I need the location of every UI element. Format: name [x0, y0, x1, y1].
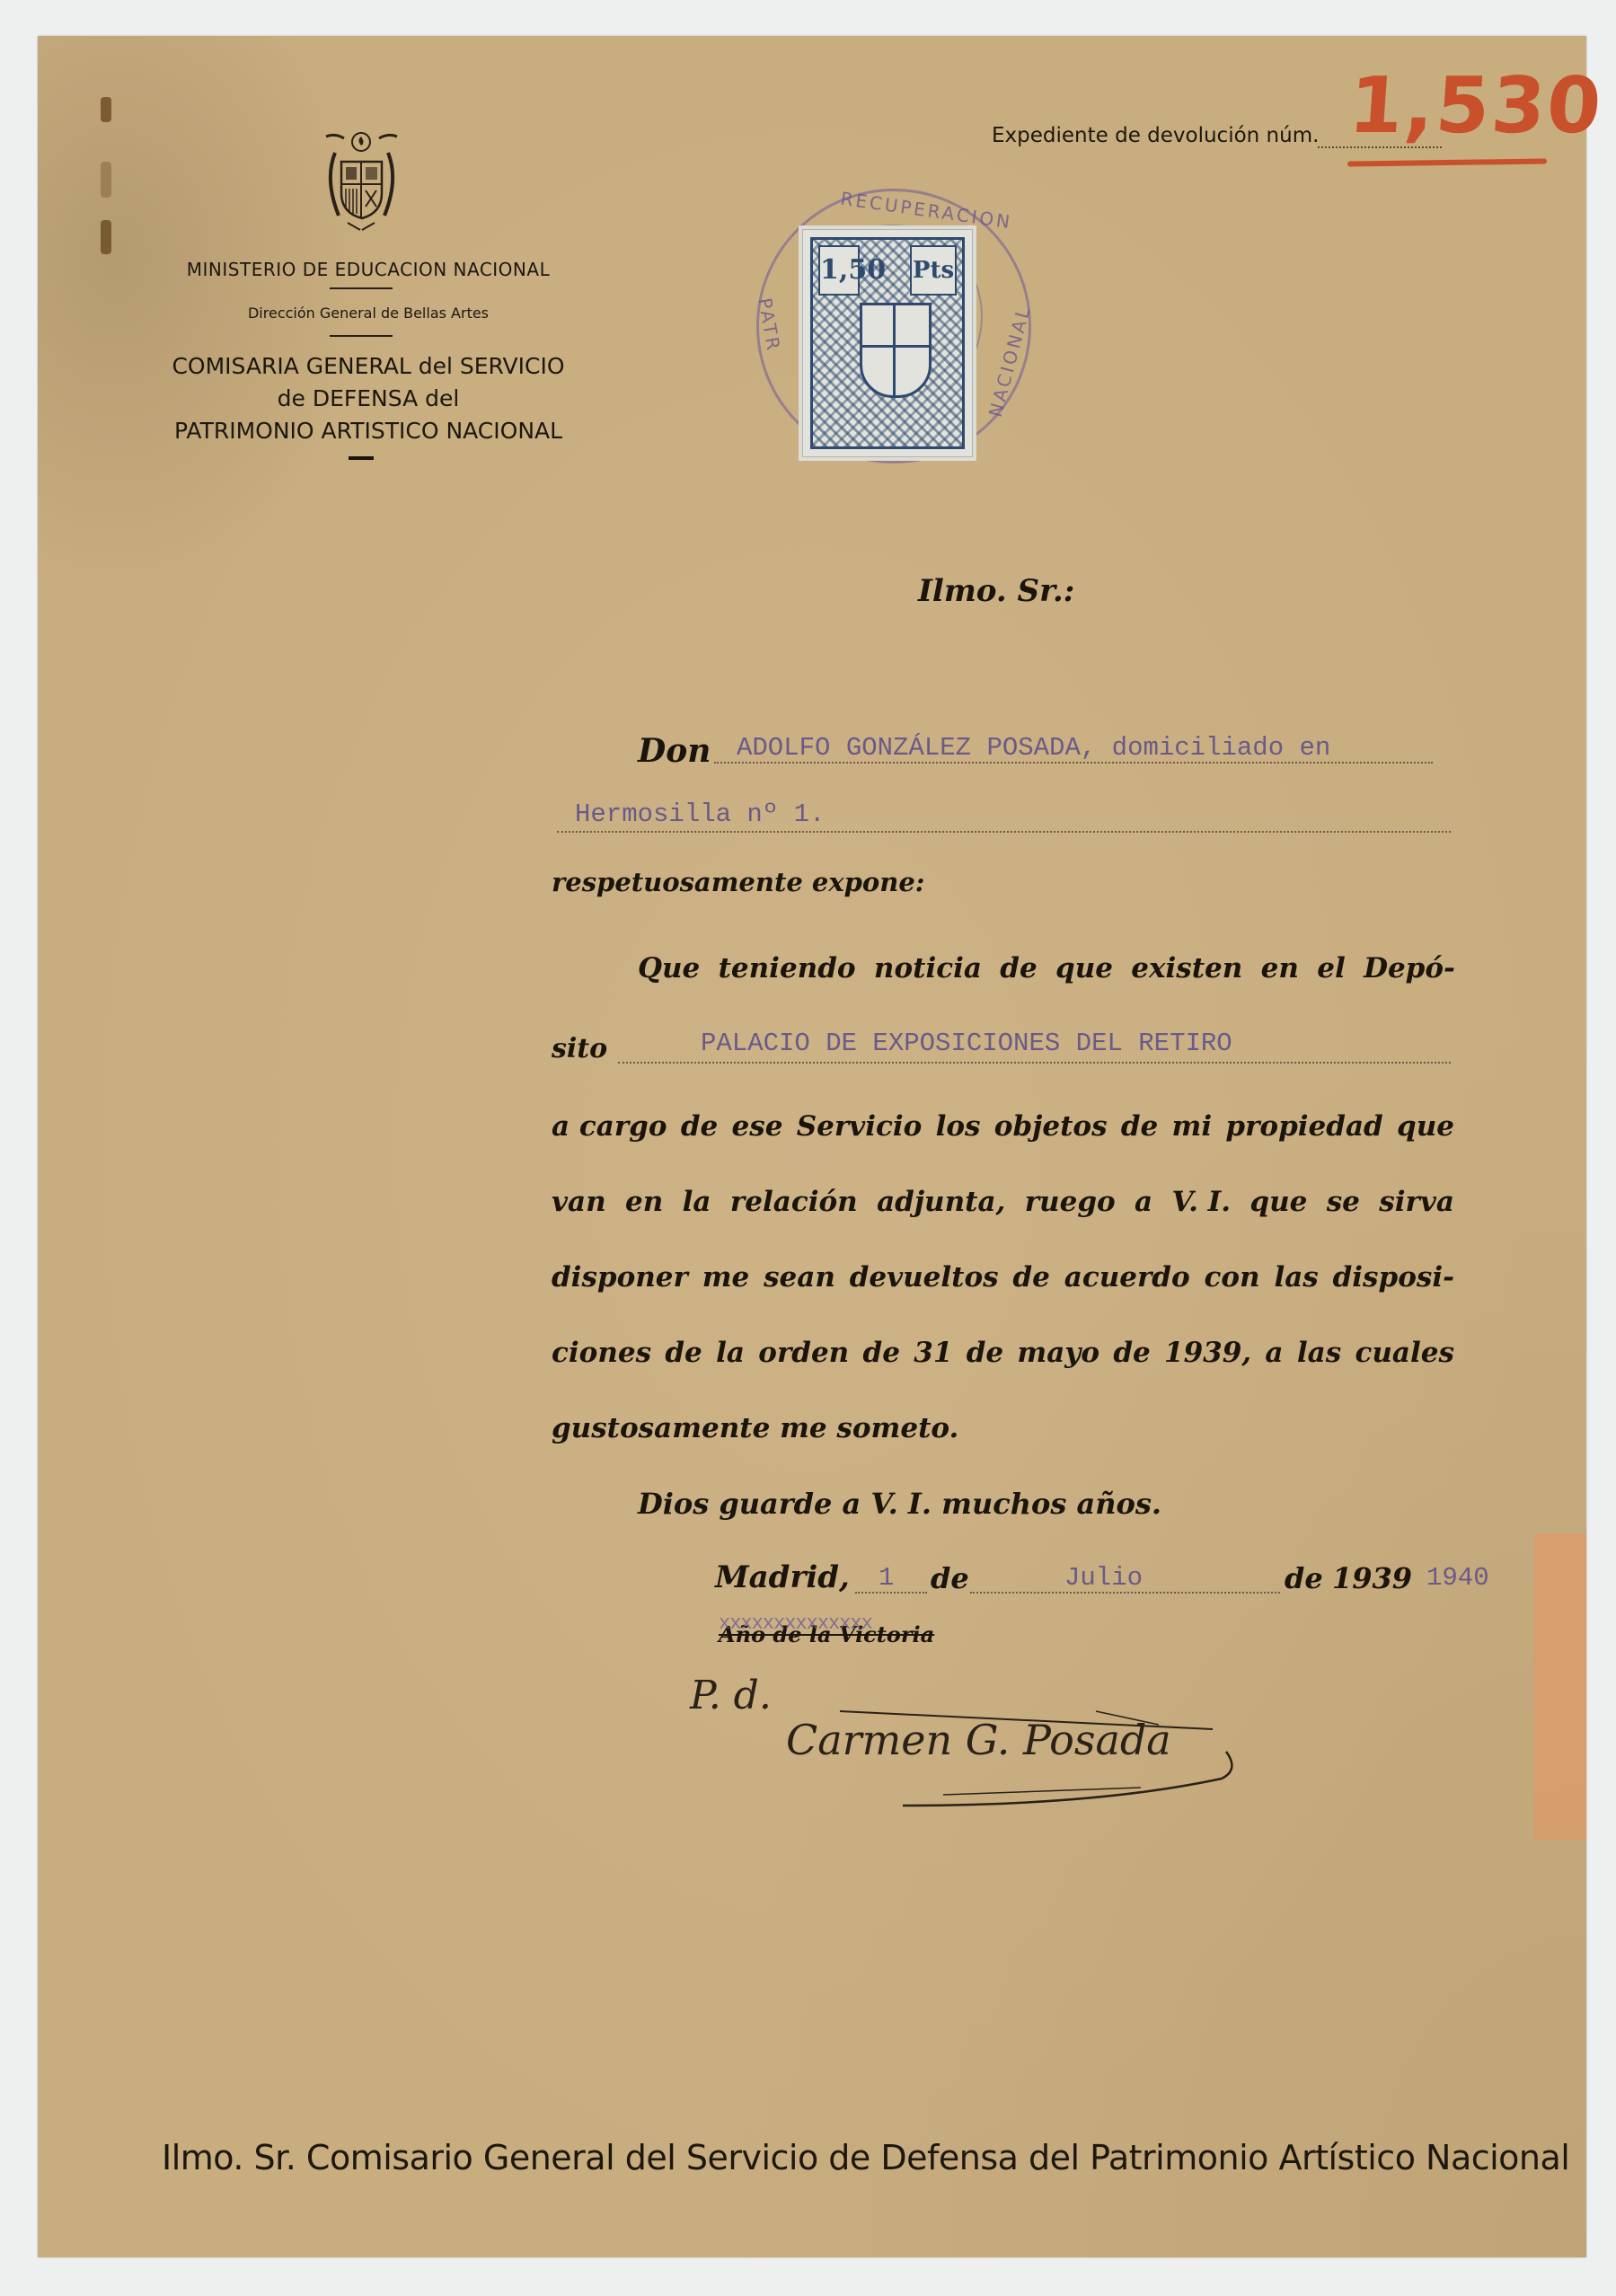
signature: Carmen G. Posada [786, 1716, 1171, 1764]
word: de [1000, 952, 1037, 985]
word: en [1261, 952, 1299, 985]
word: V. I. [1172, 1186, 1232, 1218]
pd-annotation: P. d. [690, 1673, 772, 1718]
word: devueltos [850, 1261, 999, 1294]
word: a cargo [552, 1110, 667, 1143]
word: que [1397, 1110, 1454, 1143]
word: me [702, 1261, 750, 1294]
word: sean [764, 1261, 835, 1294]
word: objetos [994, 1110, 1108, 1143]
paragraph-line-3: a cargodeeseServiciolosobjetosdemipropie… [552, 1110, 1454, 1143]
word: van [552, 1186, 606, 1218]
word: de [967, 1337, 1003, 1369]
revenue-stamp-unit: Pts [910, 245, 957, 296]
deposito-label: sito [552, 1033, 607, 1064]
ministry-name: MINISTERIO DE EDUCACION NACIONAL [153, 259, 584, 280]
word: con [1205, 1261, 1260, 1294]
word: sirva [1379, 1186, 1454, 1218]
word: adjunta, [877, 1186, 1005, 1218]
word: Que [638, 952, 700, 985]
commission-name: COMISARIA GENERAL del SERVICIO de DEFENS… [153, 350, 584, 447]
month-field[interactable]: Julio [1064, 1563, 1143, 1593]
rust-mark [101, 220, 111, 254]
day-field[interactable]: 1 [879, 1563, 894, 1593]
word: las [1274, 1261, 1318, 1294]
word: cuales [1355, 1337, 1453, 1369]
word: de [1012, 1261, 1049, 1294]
word: la [716, 1337, 745, 1369]
commission-line-3: PATRIMONIO ARTISTICO NACIONAL [153, 415, 584, 447]
addressee-footer: Ilmo. Sr. Comisario General del Servicio… [162, 2138, 1569, 2177]
address-field[interactable]: Hermosilla nº 1. [575, 799, 825, 829]
word: disponer [552, 1261, 688, 1294]
word: la [683, 1186, 711, 1218]
place-label: Madrid, [715, 1559, 850, 1595]
deposito-dotted-line [618, 1062, 1451, 1064]
word: acuerdo [1064, 1261, 1190, 1294]
paragraph-line-6: cionesdelaordende31demayode1939,alascual… [552, 1337, 1454, 1369]
strike-marks: xxxxxxxxxxxxxx [719, 1612, 872, 1635]
word: orden [758, 1337, 849, 1369]
word: en [625, 1186, 663, 1218]
word: noticia [874, 952, 982, 985]
divider [349, 456, 374, 460]
applicant-field[interactable]: ADOLFO GONZÁLEZ POSADA, domiciliado en [737, 733, 1330, 763]
word: Depó- [1364, 952, 1455, 985]
printed-year: 1939 [1332, 1561, 1412, 1595]
word: disposi- [1333, 1261, 1454, 1294]
typed-year-field[interactable]: 1940 [1426, 1563, 1489, 1593]
word: ese [732, 1110, 783, 1143]
word: que [1055, 952, 1113, 985]
directorate-name: Dirección General de Bellas Artes [153, 305, 584, 322]
word: Servicio [797, 1110, 923, 1143]
word: 1939, [1164, 1337, 1251, 1369]
word: de [863, 1337, 900, 1369]
revenue-stamp: 1,50 Pts [802, 229, 973, 457]
tear-mark [101, 162, 111, 198]
commission-line-1: COMISARIA GENERAL del SERVICIO [153, 350, 584, 383]
word: se [1327, 1186, 1360, 1218]
word: mayo [1017, 1337, 1099, 1369]
archival-tab [1534, 1533, 1586, 1840]
paragraph-line-1: QueteniendonoticiadequeexistenenelDepó- [638, 952, 1455, 985]
paragraph-line-7: gustosamente me someto. [552, 1412, 958, 1444]
paragraph-line-5: disponermeseandevueltosdeacuerdoconlasdi… [552, 1261, 1454, 1294]
de-label-2: de [1285, 1561, 1323, 1595]
expone-label: respetuosamente expone: [552, 867, 925, 897]
de-label-1: de [931, 1561, 969, 1595]
word: las [1297, 1337, 1341, 1369]
address-dotted-line [557, 831, 1451, 833]
word: existen [1131, 952, 1242, 985]
paragraph-line-4: vanenlarelaciónadjunta,ruegoaV. I.queses… [552, 1186, 1454, 1218]
word: ciones [552, 1337, 651, 1369]
word: mi [1172, 1110, 1213, 1143]
word: los [936, 1110, 981, 1143]
revenue-stamp-frame: 1,50 Pts [810, 237, 965, 449]
revenue-stamp-value: 1,50 [818, 245, 860, 296]
deposito-field[interactable]: PALACIO DE EXPOSICIONES DEL RETIRO [701, 1029, 1232, 1058]
divider [330, 287, 393, 289]
coat-of-arms-icon [319, 126, 404, 234]
word: a [1135, 1186, 1152, 1218]
salutation: Ilmo. Sr.: [918, 573, 1074, 609]
word: relación [730, 1186, 858, 1218]
word: propiedad [1225, 1110, 1382, 1143]
word: que [1250, 1186, 1307, 1218]
shield-icon [860, 303, 932, 398]
commission-line-2: de DEFENSA del [153, 383, 584, 415]
word: de [1121, 1110, 1158, 1143]
word: de [665, 1337, 702, 1369]
closing-formula: Dios guarde a V. I. muchos años. [638, 1487, 1161, 1521]
divider [330, 335, 393, 337]
don-label: Don [638, 732, 711, 770]
word: de [681, 1110, 718, 1143]
word: a [1265, 1337, 1283, 1369]
word: ruego [1025, 1186, 1116, 1218]
word: teniendo [719, 952, 856, 985]
word: de [1113, 1337, 1150, 1369]
word: 31 [914, 1337, 952, 1369]
expediente-number: 1,530 [1347, 61, 1606, 151]
expediente-label: Expediente de devolución núm. [992, 124, 1319, 147]
rust-mark [101, 97, 111, 122]
word: el [1317, 952, 1346, 985]
